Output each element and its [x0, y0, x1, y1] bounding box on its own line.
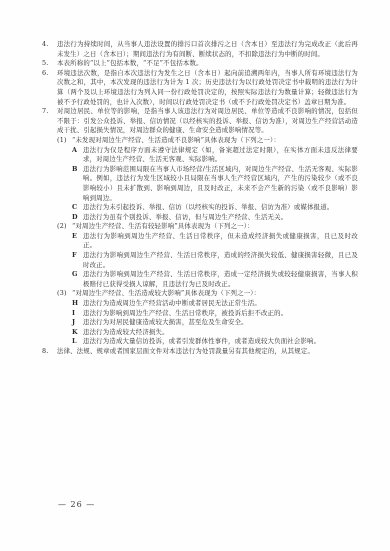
sub-item-text: “未发现对周边生产经营、生活造成不良影响”具体表现为（下列之一）： [72, 136, 358, 146]
clause-text: 违法行为造成大量信访投诉，或者引发群体性事件，或者造成较大负面社会影响。 [83, 337, 358, 347]
list-item-marker: 5. [42, 59, 57, 69]
list-item: 7. 对周边居民、单位等的影响，是指当事人该违法行为对周边居民、单位等造成不良影… [42, 107, 358, 347]
list-item: 6. 环境违法次数，是指自本次违法行为发生之日（含本日）起向前追溯两年内，当事人… [42, 69, 358, 107]
clause-letter: K [72, 328, 83, 338]
list-item-marker: 4. [42, 40, 57, 50]
clause-letter: A [72, 146, 83, 156]
lettered-clause: L 违法行为造成大量信访投诉，或者引发群体性事件，或者造成较大负面社会影响。 [72, 337, 358, 347]
list-item-text: 违法行为持续时间，从当事人违法设置的排污口首次排污之日（含本日）至违法行为完成改… [57, 40, 358, 59]
sub-item-text: “对周边生产经营、生活造成较大影响”具体表现为（下列之一）： [72, 289, 358, 299]
sub-item-marker: (3) [57, 289, 72, 299]
lettered-clause: C 违法行为未引起投诉、举报、信访（以经核实的投诉、举报、信访为准）或媒体报道。 [72, 203, 358, 213]
sub-item-text: “对周边生产经营、生活有较轻影响”具体表现为（下列之一）： [72, 222, 358, 232]
clause-text: 违法行为仅是程序方面未遵守法律规定（如，备案超过法定时限），在实体方面未违反法律… [83, 146, 358, 165]
clause-letter: I [72, 309, 83, 319]
list-item: 8. 法律、法规、规章或者国家层面文件对本违法行为处罚裁量另有其他规定的，从其规… [42, 347, 358, 357]
page-number: — 26 — [58, 500, 95, 509]
clause-text: 违法行为影响到周边生产经营、生活日常秩序，造成一定经济损失或较轻健康损害，当事人… [83, 270, 358, 289]
lettered-clause: I 违法行为影响到周边生产经营、生活日常秩序，被投诉后拒不改正的。 [72, 309, 358, 319]
clause-text: 违法行为影响到周边生产经营、生活日常秩序，造成的经济损失较低、健康损害轻微，且已… [83, 251, 358, 270]
lettered-clause: F 违法行为影响到周边生产经营、生活日常秩序，造成的经济损失较低、健康损害轻微，… [72, 251, 358, 270]
list-item-text: 本表所称的“以上”包括本数，“不足”不包括本数。 [57, 59, 358, 69]
clause-text: 违法行为对居民健康造成较大损害，甚至危及生命安全。 [83, 318, 358, 328]
sub-item-marker: (1) [57, 136, 72, 146]
clause-letter: B [72, 165, 83, 175]
list-item: 5. 本表所称的“以上”包括本数，“不足”不包括本数。 [42, 59, 358, 69]
footnote-list: 4. 违法行为持续时间，从当事人违法设置的排污口首次排污之日（含本日）至违法行为… [42, 40, 358, 357]
list-item-marker: 8. [42, 347, 57, 357]
clause-letter: C [72, 203, 83, 213]
clause-letter: E [72, 232, 83, 242]
clause-text: 违法行为影响范围局限在当事人市场经营/生活区域内，对周边生产经营、生活无客观、实… [83, 165, 358, 203]
clause-letter: F [72, 251, 83, 261]
list-item-marker: 7. [42, 107, 57, 117]
clause-text: 违法行为造成周边生产经营活动中断或者居民无法正常生活。 [83, 299, 358, 309]
clause-letter: J [72, 318, 83, 328]
clause-letter: H [72, 299, 83, 309]
lettered-clause: H 违法行为造成周边生产经营活动中断或者居民无法正常生活。 [72, 299, 358, 309]
list-item-text: 法律、法规、规章或者国家层面文件对本违法行为处罚裁量另有其他规定的，从其规定。 [57, 347, 358, 357]
lettered-clause: K 违法行为造成较大经济损失。 [72, 328, 358, 338]
list-item-text: 环境违法次数，是指自本次违法行为发生之日（含本日）起向前追溯两年内，当事人所有环… [57, 69, 358, 107]
clause-text: 违法行为未引起投诉、举报、信访（以经核实的投诉、举报、信访为准）或媒体报道。 [83, 203, 358, 213]
lettered-clause: E 违法行为影响到周边生产经营、生活日常秩序，但未造成经济损失或健康损害，且已及… [72, 232, 358, 251]
sub-item: (1) “未发现对周边生产经营、生活造成不良影响”具体表现为（下列之一）： [57, 136, 358, 146]
list-item: 4. 违法行为持续时间，从当事人违法设置的排污口首次排污之日（含本日）至违法行为… [42, 40, 358, 59]
list-item-marker: 6. [42, 69, 57, 79]
document-page: 4. 违法行为持续时间，从当事人违法设置的排污口首次排污之日（含本日）至违法行为… [0, 0, 390, 551]
clause-letter: L [72, 337, 83, 347]
lettered-clause: G 违法行为影响到周边生产经营、生活日常秩序，造成一定经济损失或较轻健康损害，当… [72, 270, 358, 289]
lettered-clause: J 违法行为对居民健康造成较大损害，甚至危及生命安全。 [72, 318, 358, 328]
list-item-content: 对周边居民、单位等的影响，是指当事人该违法行为对周边居民、单位等造成不良影响的情… [57, 107, 358, 347]
clause-letter: D [72, 213, 83, 223]
sub-item: (3) “对周边生产经营、生活造成较大影响”具体表现为（下列之一）： [57, 289, 358, 299]
sub-item-marker: (2) [57, 222, 72, 232]
sub-item: (2) “对周边生产经营、生活有较轻影响”具体表现为（下列之一）： [57, 222, 358, 232]
lettered-clause: D 违法行为虽有个别投诉、举报、信访，但与周边生产经营、生活无关。 [72, 213, 358, 223]
lettered-clause: B 违法行为影响范围局限在当事人市场经营/生活区域内，对周边生产经营、生活无客观… [72, 165, 358, 203]
clause-text: 违法行为影响到周边生产经营、生活日常秩序，被投诉后拒不改正的。 [83, 309, 358, 319]
lettered-clause: A 违法行为仅是程序方面未遵守法律规定（如，备案超过法定时限），在实体方面未违反… [72, 146, 358, 165]
clause-text: 违法行为虽有个别投诉、举报、信访，但与周边生产经营、生活无关。 [83, 213, 358, 223]
clause-text: 违法行为影响到周边生产经营、生活日常秩序，但未造成经济损失或健康损害，且已及时改… [83, 232, 358, 251]
clause-letter: G [72, 270, 83, 280]
clause-text: 违法行为造成较大经济损失。 [83, 328, 358, 338]
list-item-text: 对周边居民、单位等的影响，是指当事人该违法行为对周边居民、单位等造成不良影响的情… [57, 107, 358, 134]
